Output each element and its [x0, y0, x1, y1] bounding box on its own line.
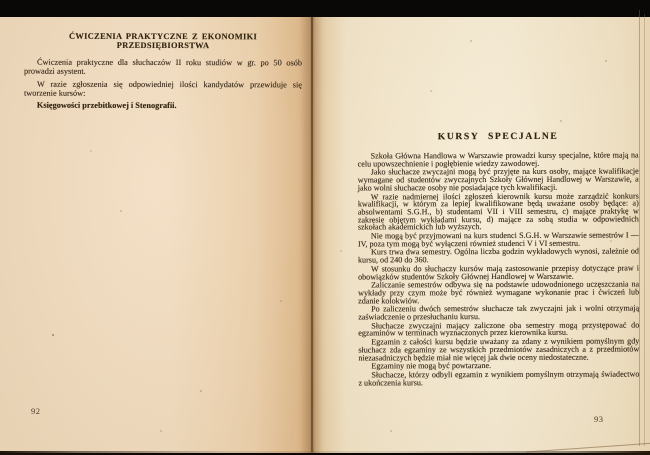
right-page-text-block: KURSY SPECJALNE Szkoła Główna Handlowa w… [358, 131, 640, 388]
page-edge-line [644, 14, 645, 446]
right-paragraph: W stosunku do słuchaczy kursów mają zast… [358, 264, 639, 280]
left-paragraph: Ćwiczenia praktyczne dla słuchaczów II r… [24, 58, 302, 77]
book-photo: ĆWICZENIA PRAKTYCZNE Z EKONOMIKI PRZEDSI… [0, 0, 650, 455]
left-page-text-block: ĆWICZENIA PRAKTYCZNE Z EKONOMIKI PRZEDSI… [24, 32, 302, 114]
left-paragraph: W razie zgłoszenia się odpowiedniej iloś… [24, 79, 302, 98]
book-bottom-edge [0, 451, 650, 455]
right-paragraph: Szkoła Główna Handlowa w Warszawie prowa… [358, 152, 639, 168]
right-paragraph: Słuchacze, którzy odbyli egzamin z wynik… [358, 370, 639, 386]
right-paragraph: W razie nadmiernej ilości zgłoszeń kiero… [358, 192, 639, 231]
right-page-number: 93 [594, 414, 604, 424]
right-paragraph: Egzamin z całości kursu będzie uważany z… [358, 338, 639, 362]
left-page-heading: ĆWICZENIA PRAKTYCZNE Z EKONOMIKI PRZEDSI… [24, 32, 302, 51]
right-paragraph: Po zaliczeniu dwóch semestrów słuchacze … [358, 305, 639, 321]
page-edge-line [639, 10, 640, 446]
right-paragraph: Słuchacze zwyczajni mający zaliczone oba… [358, 321, 639, 337]
book-top-edge [0, 0, 650, 17]
right-paragraph: Nie mogą być przyjmowani na kurs studenc… [358, 232, 639, 248]
right-paragraph: Kurs trwa dwa semestry. Ogólna liczba go… [358, 248, 639, 264]
left-page-number: 92 [31, 406, 41, 416]
right-page-heading: KURSY SPECJALNE [358, 131, 639, 143]
right-paragraph: Zaliczanie semestrów odbywa się na podst… [358, 281, 639, 305]
right-paragraph: Jako słuchacze zwyczajni mogą być przyję… [358, 168, 639, 192]
left-paragraph-bold: Księgowości przebitkowej i Stenografii. [24, 101, 302, 111]
